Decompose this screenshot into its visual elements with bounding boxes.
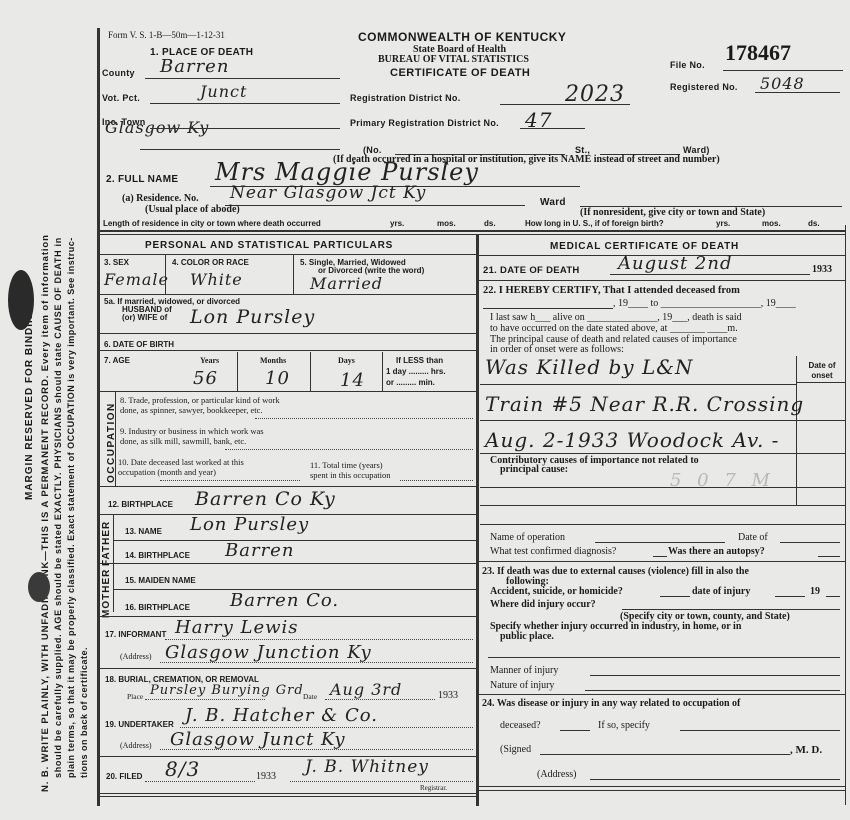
dod-year: 1933 [812, 264, 832, 275]
informant-label: 17. INFORMANT [105, 630, 166, 639]
months-label: Months [260, 356, 286, 365]
foreign-yrs-label: yrs. [716, 219, 730, 228]
undertaker-address: Glasgow Junct Ky [170, 729, 346, 750]
registrar-label: Registrar. [420, 784, 447, 792]
margin-instruction-1: N. B. WRITE PLAINLY, WITH UNFADING INK—T… [40, 234, 51, 792]
filed-year: 1933 [256, 771, 276, 782]
medical-heading: MEDICAL CERTIFICATE OF DEATH [550, 241, 739, 252]
injury-year-prefix: 19 [810, 586, 820, 597]
dob-label: 6. DATE OF BIRTH [104, 340, 174, 349]
commonwealth-title: COMMONWEALTH OF KENTUCKY [358, 30, 566, 44]
physician-address-label: (Address) [537, 769, 576, 780]
dod-label: 21. DATE OF DEATH [483, 265, 580, 276]
ds-label: ds. [484, 219, 496, 228]
injury-date-label: date of injury [692, 586, 750, 597]
hrs-label: 1 day ......... hrs. [386, 367, 446, 376]
attended-dates: , 19____ to ____________________, 19____ [613, 298, 796, 309]
occupation-q10: 10. Date deceased last worked at this oc… [118, 457, 268, 477]
undertaker-name: J. B. Hatcher & Co. [185, 705, 378, 726]
contributory-label-2: principal cause: [500, 464, 568, 475]
bureau-name: BUREAU OF VITAL STATISTICS [378, 54, 529, 65]
foreign-birth-label: How long in U. S., if of foreign birth? [525, 219, 664, 228]
days-label: Days [338, 356, 355, 365]
yrs-label: yrs. [390, 219, 404, 228]
residence-label: (a) Residence. No. [122, 193, 199, 204]
accident-label: Accident, suicide, or homicide? [490, 586, 623, 597]
form-right-border [845, 225, 846, 805]
less-than-label: If LESS than [396, 356, 443, 365]
column-divider [476, 234, 479, 806]
onset-order-line: in order of onset were as follows: [490, 344, 624, 355]
cause-line-3: Aug. 2-1933 Woodock Av. - [485, 428, 779, 452]
burial-place-label: Place [127, 692, 143, 701]
residence-ward-label: Ward [540, 197, 566, 208]
age-label: 7. AGE [104, 356, 130, 365]
mother-side-label: MOTHER [101, 569, 112, 618]
file-number: 178467 [725, 40, 791, 66]
father-birthplace-value: Barren [225, 540, 294, 561]
birthplace-value: Barren Co Ky [195, 488, 336, 510]
dod-value: August 2nd [618, 253, 732, 274]
form-number: Form V. S. 1-B—50m—1-12-31 [108, 30, 225, 40]
father-birthplace-label: 14. BIRTHPLACE [125, 551, 190, 560]
informant-address-label: (Address) [120, 652, 152, 661]
personal-heading: PERSONAL AND STATISTICAL PARTICULARS [145, 240, 393, 251]
burial-place: Pursley Burying Grd [150, 683, 304, 698]
marital-value: Married [310, 274, 383, 293]
margin-reserved-note: MARGIN RESERVED FOR BINDING [24, 306, 35, 500]
test-confirmed-label: What test confirmed diagnosis? [490, 546, 616, 557]
if-so-specify-label: If so, specify [598, 720, 650, 731]
nonresident-note: (If nonresident, give city or town and S… [580, 207, 765, 218]
reg-district-label: Registration District No. [350, 93, 461, 103]
margin-instruction-3: plain terms, so that it may be properly … [66, 237, 76, 778]
registrar-signature: J. B. Whitney [305, 757, 429, 777]
father-name-label: 13. NAME [125, 527, 162, 536]
operation-date-label: Date of [738, 532, 768, 543]
length-of-residence-label: Length of residence in city or town wher… [103, 219, 321, 228]
form-left-border [97, 28, 100, 806]
years-label: Years [200, 356, 219, 365]
undertaker-label: 19. UNDERTAKER [105, 720, 174, 729]
informant-address: Glasgow Junction Ky [165, 642, 372, 663]
date-of-onset-label: Date of onset [804, 361, 840, 381]
informant-name: Harry Lewis [175, 617, 299, 638]
father-side-label: FATHER [101, 521, 112, 566]
margin-instruction-4: tions on back of certificate. [79, 647, 89, 778]
md-label: , M. D. [790, 744, 822, 756]
foreign-mos-label: mos. [762, 219, 781, 228]
foreign-ds-label: ds. [808, 219, 820, 228]
certify-statement: 22. I HEREBY CERTIFY, That I attended de… [483, 285, 740, 296]
vot-pct-value: Junct [200, 82, 247, 101]
occupation-q8: 8. Trade, profession, or particular kind… [120, 395, 280, 415]
undertaker-address-label: (Address) [120, 741, 152, 750]
margin-instruction-2: should be carefully supplied. AGE should… [53, 237, 63, 778]
filed-label: 20. FILED [106, 772, 142, 781]
registered-number: 5048 [760, 74, 805, 93]
min-label: or ......... min. [386, 378, 435, 387]
signed-label: (Signed [500, 744, 531, 755]
age-days: 14 [340, 370, 365, 391]
full-name-label: 2. FULL NAME [106, 174, 178, 185]
occupation-q9: 9. Industry or business in which work wa… [120, 426, 280, 446]
filed-date: 8/3 [165, 757, 200, 781]
nature-injury-label: Nature of injury [490, 680, 554, 691]
certificate-title: CERTIFICATE OF DEATH [390, 67, 530, 79]
full-name-value: Mrs Maggie Pursley [215, 158, 479, 186]
operation-label: Name of operation [490, 532, 565, 543]
mos-label: mos. [437, 219, 456, 228]
specify-where-2: public place. [500, 631, 554, 642]
age-years: 56 [193, 368, 218, 389]
autopsy-label: Was there an autopsy? [668, 546, 765, 557]
occurred-line: to have occurred on the date stated abov… [490, 323, 738, 334]
sex-label: 3. SEX [104, 258, 129, 267]
race-label: 4. COLOR OR RACE [172, 258, 249, 267]
mother-birthplace-value: Barren Co. [230, 590, 339, 611]
age-months: 10 [265, 368, 290, 389]
primary-district-label: Primary Registration District No. [350, 118, 499, 128]
ink-blot [8, 270, 34, 330]
cause-line-2: Train #5 Near R.R. Crossing [485, 392, 804, 416]
burial-date: Aug 3rd [330, 680, 402, 699]
father-name-value: Lon Pursley [190, 514, 309, 535]
sex-value: Female [104, 270, 169, 289]
race-value: White [190, 270, 243, 289]
spouse-label-3: (or) WIFE of [122, 313, 167, 322]
birthplace-label: 12. BIRTHPLACE [108, 500, 173, 509]
file-no-label: File No. [670, 60, 705, 70]
burial-year: 1933 [438, 690, 458, 701]
mother-maiden-label: 15. MAIDEN NAME [125, 576, 196, 585]
vot-pct-label: Vot. Pct. [102, 93, 140, 103]
mother-birthplace-label: 16. BIRTHPLACE [125, 603, 190, 612]
county-value: Barren [160, 56, 229, 77]
usual-abode-label: (Usual place of abode) [145, 204, 240, 215]
registered-no-label: Registered No. [670, 82, 738, 92]
where-injury-label: Where did injury occur? [490, 599, 596, 610]
spouse-value: Lon Pursley [190, 306, 315, 328]
burial-date-label: Date [303, 692, 317, 701]
manner-injury-label: Manner of injury [490, 665, 558, 676]
residence-value: Near Glasgow Jct Ky [230, 183, 426, 203]
occupation-q11: 11. Total time (years) spent in this occ… [310, 460, 400, 480]
last-saw-line: I last saw h___ alive on ______________,… [490, 312, 742, 323]
cause-line-1: Was Killed by L&N [485, 355, 694, 379]
q24-line-1: 24. Was disease or injury in any way rel… [482, 698, 740, 709]
county-label: County [102, 68, 135, 78]
q24-deceased: deceased? [500, 720, 541, 731]
ink-blot [28, 572, 50, 602]
